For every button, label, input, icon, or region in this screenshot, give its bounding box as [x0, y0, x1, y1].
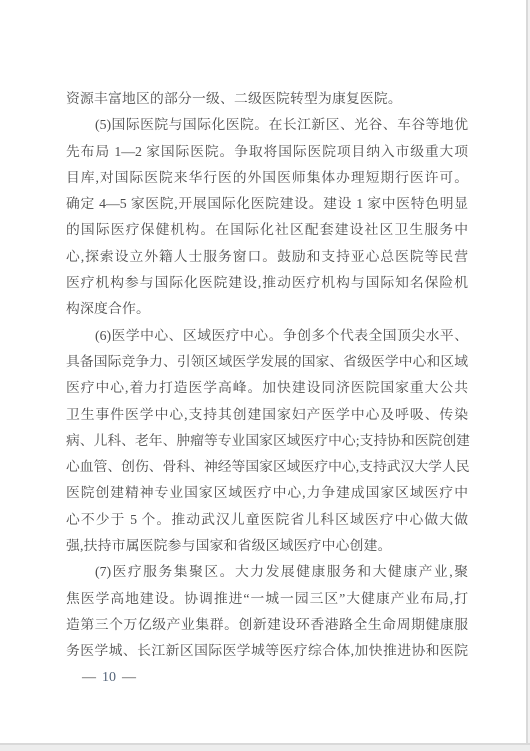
text-line: 具备国际竞争力、引领区域医学发展的国家、省级医学中心和区域 [66, 349, 468, 375]
text-line: 心血管、创伤、骨科、神经等国家区域医疗中心,支持武汉大学人民 [66, 454, 468, 480]
text-line: 构深度合作。 [66, 296, 468, 322]
text-line: 医疗机构参与国际化医院建设,推动医疗机构与国际知名保险机 [66, 270, 468, 296]
footer-page-number: 10 [102, 670, 116, 685]
text-line: 确定 4—5 家医院,开展国际化医院建设。建设 1 家中医特色明显 [66, 191, 468, 217]
text-line: (7)医疗服务集聚区。大力发展健康服务和大健康产业,聚 [66, 559, 468, 585]
text-line: (5)国际医院与国际化医院。在长江新区、光谷、车谷等地优 [66, 112, 468, 138]
text-line: 造第三个万亿级产业集群。创新建设环香港路全生命周期健康服 [66, 612, 468, 638]
text-line: 医疗中心,着力打造医学高峰。加快建设同济医院国家重大公共 [66, 375, 468, 401]
text-line: 卫生事件医学中心,支持其创建国家妇产医学中心及呼吸、传染 [66, 402, 468, 428]
scan-edge-bottom-outer [0, 745, 530, 751]
text-line: 心,探索设立外籍人士服务窗口。鼓励和支持亚心总医院等民营 [66, 244, 468, 270]
footer-right-dash: — [122, 670, 136, 685]
text-line: 心不少于 5 个。推动武汉儿童医院省儿科区域医疗中心做大做 [66, 507, 468, 533]
text-line: 焦医学高地建设。协调推进“一城一园三区”大健康产业布局,打 [66, 586, 468, 612]
text-line: 强,扶持市属医院参与国家和省级区域医疗中心创建。 [66, 533, 468, 559]
page-number: —10— [82, 666, 136, 690]
document-page: 资源丰富地区的部分一级、二级医院转型为康复医院。 (5)国际医院与国际化医院。在… [0, 0, 530, 751]
text-line: (6)医学中心、区域医疗中心。争创多个代表全国顶尖水平、 [66, 323, 468, 349]
text-line: 的国际医疗保健机构。在国际化社区配套建设社区卫生服务中 [66, 217, 468, 243]
page-body: 资源丰富地区的部分一级、二级医院转型为康复医院。 (5)国际医院与国际化医院。在… [66, 86, 468, 665]
text-line: 先布局 1—2 家国际医院。争取将国际医院项目纳入市级重大项 [66, 139, 468, 165]
text-line: 目库,对国际医院来华行医的外国医师集体办理短期行医许可。 [66, 165, 468, 191]
footer-left-dash: — [82, 670, 96, 685]
text-line: 病、儿科、老年、肿瘤等专业国家区域医疗中心;支持协和医院创建 [66, 428, 468, 454]
text-line: 资源丰富地区的部分一级、二级医院转型为康复医院。 [66, 86, 468, 112]
text-line: 医院创建精神专业国家区域医疗中心,力争建成国家区域医疗中 [66, 480, 468, 506]
text-line: 务医学城、长江新区国际医学城等医疗综合体,加快推进协和医院 [66, 638, 468, 664]
